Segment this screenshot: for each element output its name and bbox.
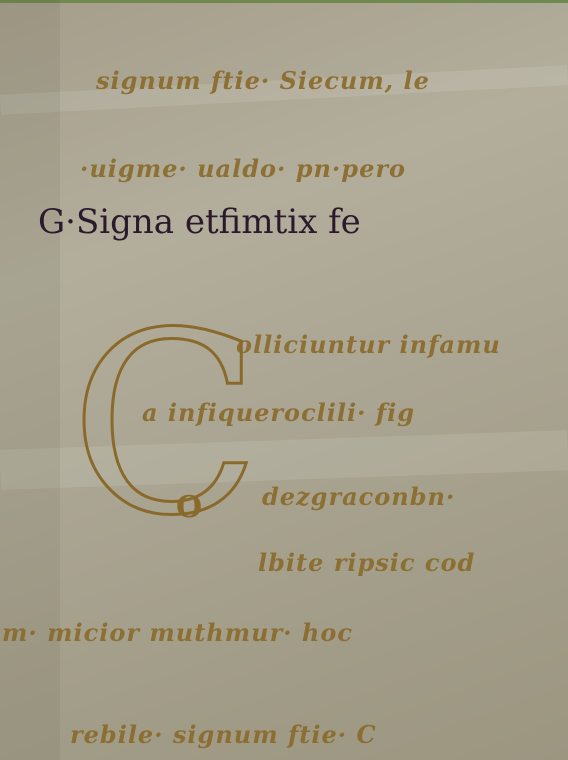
text-line: rebile· signum ftie· C [70, 720, 377, 749]
text-line: lbite ripsic cod [258, 548, 475, 577]
rubric-heading: G·Signa etfimtix fe [38, 202, 361, 242]
top-edge [0, 0, 568, 3]
text-line: olliciuntur infamu [236, 330, 501, 359]
text-line: m· micior muthmur· hoc [2, 618, 353, 647]
text-line: ·uigme· ualdo· pn·pero [80, 154, 406, 183]
text-line: dezgraconbn· [262, 482, 455, 511]
spiral-initial: O [176, 490, 202, 525]
text-line: a infiqueroclili· fig [142, 398, 415, 427]
text-line: signum ftie· Siecum, le [96, 66, 430, 95]
